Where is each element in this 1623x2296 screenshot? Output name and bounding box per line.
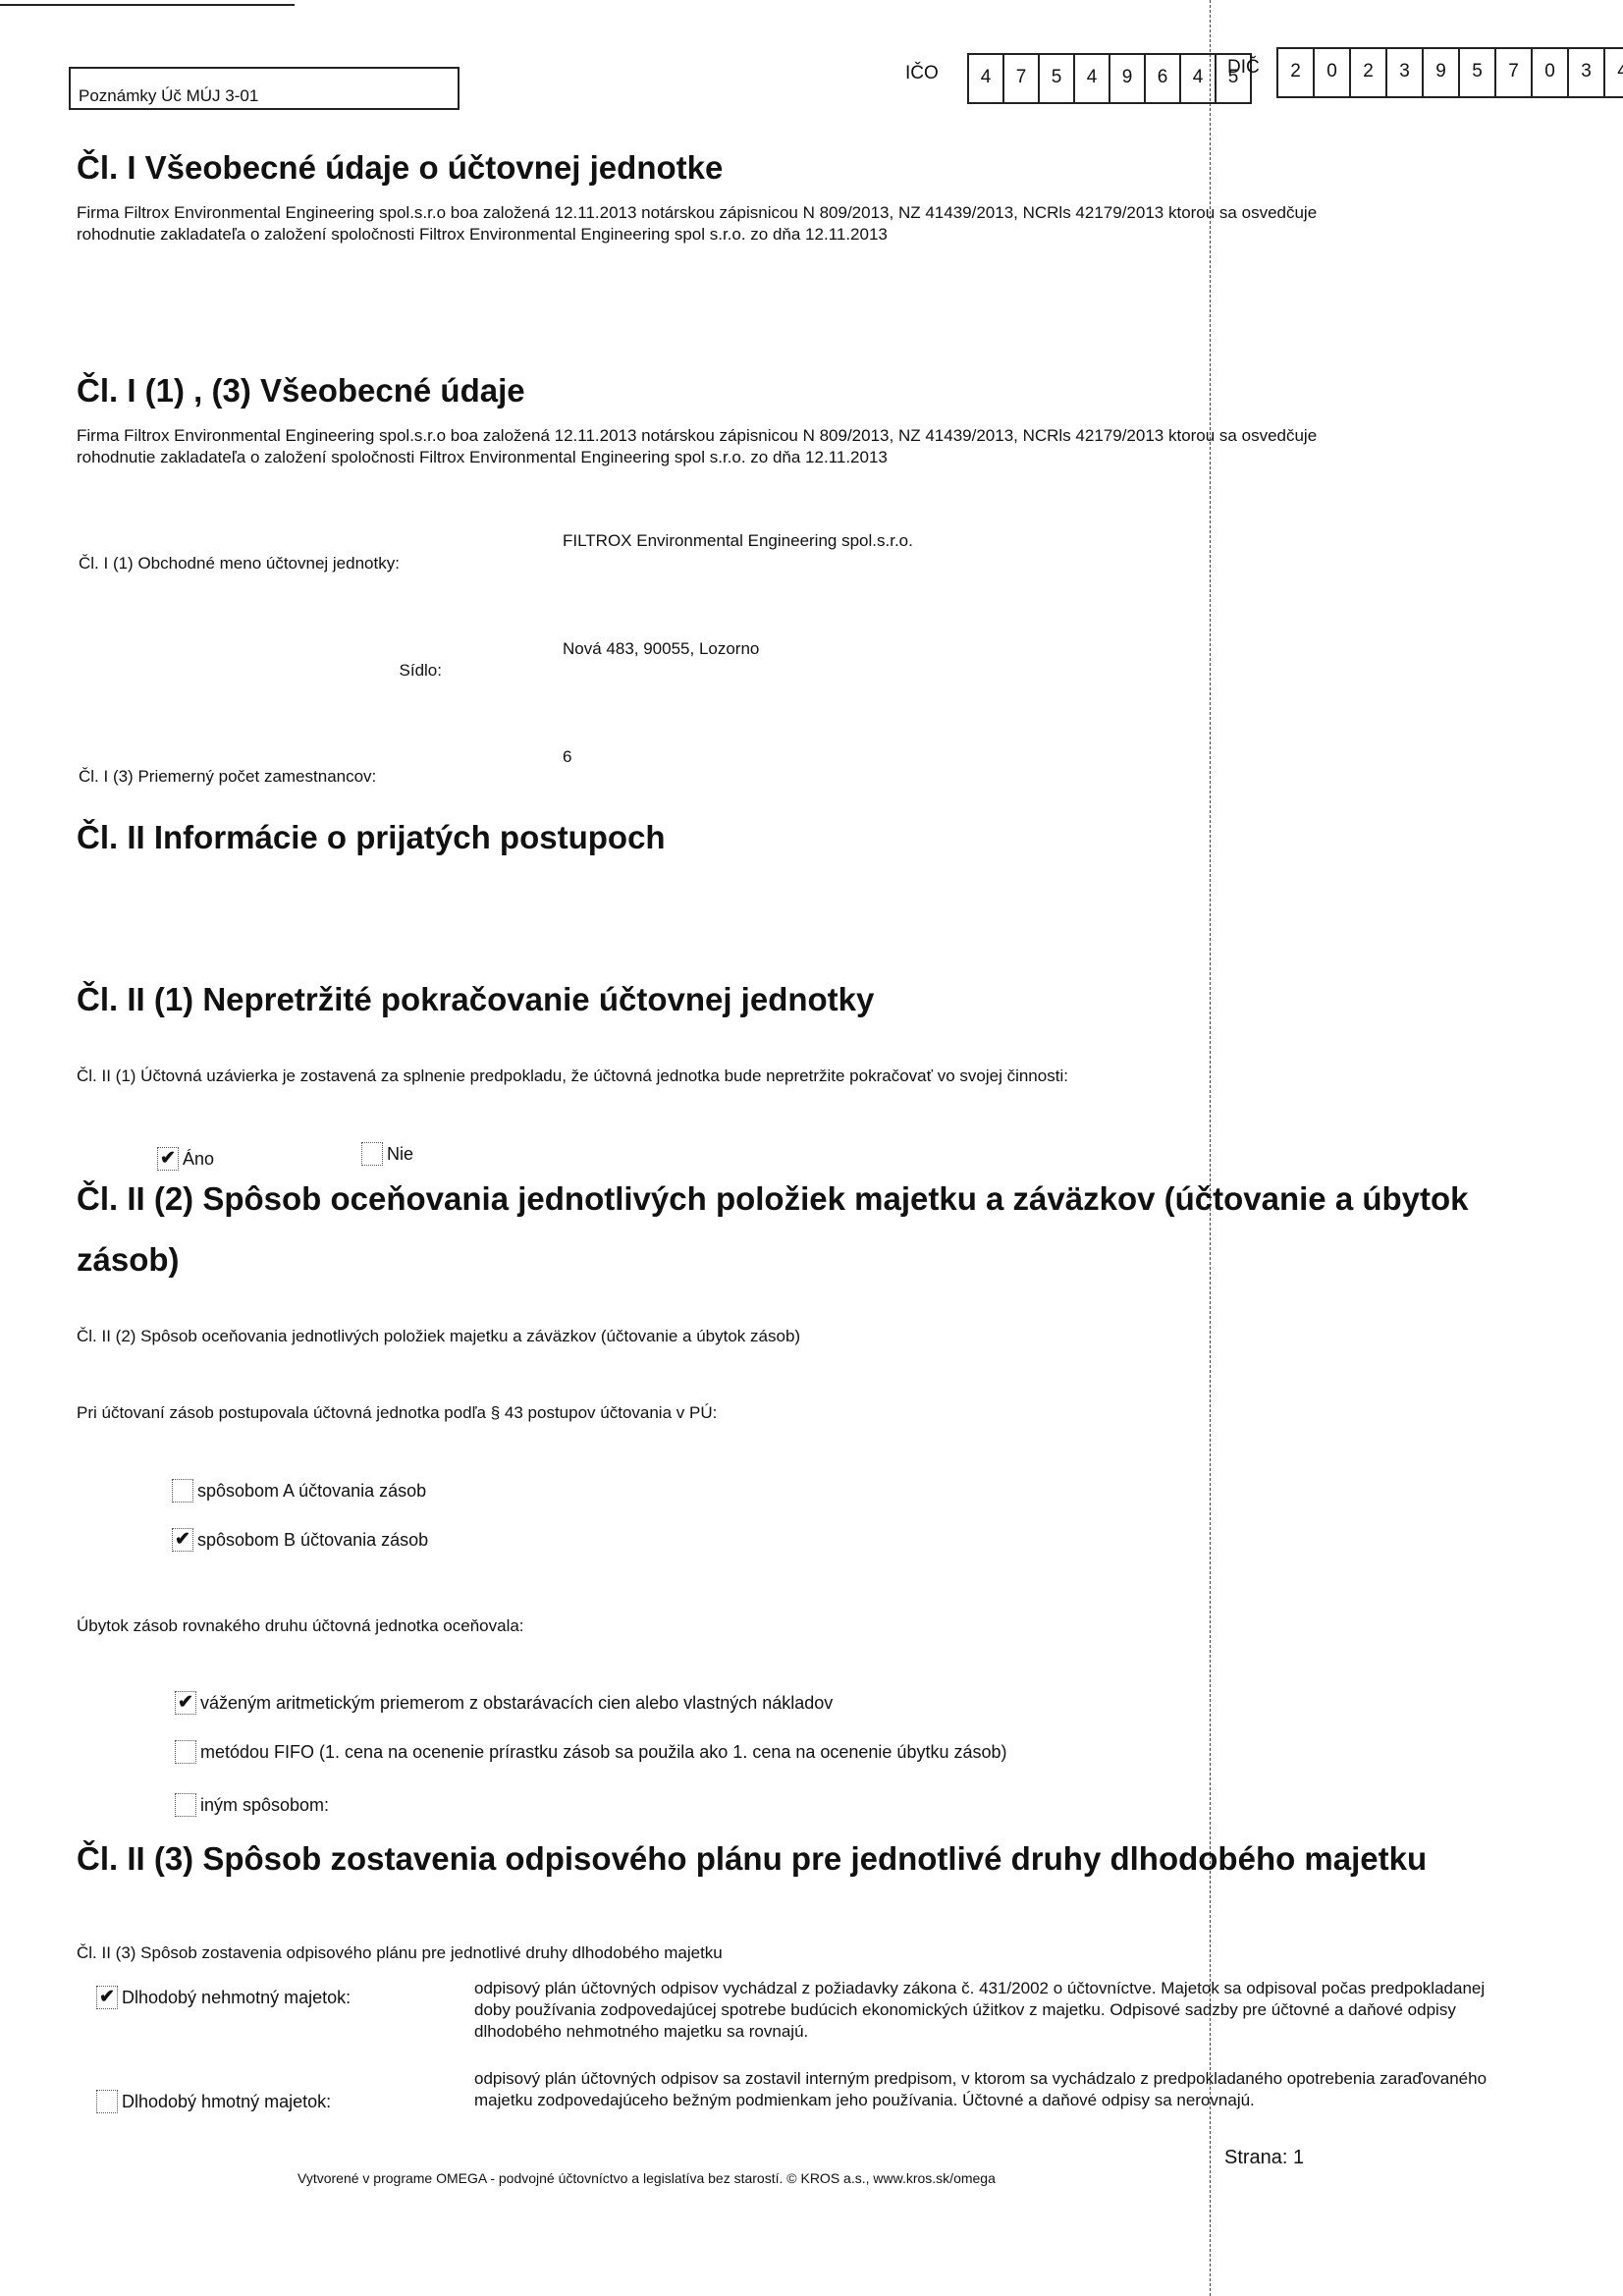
- checkbox-fifo[interactable]: [175, 1740, 196, 1764]
- ico-digit: 9: [1110, 55, 1146, 102]
- section-2-3-subtitle: Čl. II (3) Spôsob zostavenia odpisového …: [77, 1942, 723, 1964]
- option-nie-label: Nie: [387, 1144, 413, 1165]
- dic-digit: 2: [1278, 49, 1315, 96]
- decrease-option-fifo[interactable]: metódou FIFO (1. cena na ocenenie príras…: [175, 1740, 1007, 1764]
- section-2-2-subtitle: Čl. II (2) Spôsob oceňovania jednotlivýc…: [77, 1326, 800, 1347]
- ico-label: IČO: [905, 63, 939, 84]
- section-2-2-title-line-2: zásob): [77, 1237, 180, 1283]
- footer-credit: Vytvorené v programe OMEGA - podvojné úč…: [298, 2170, 996, 2186]
- section-2-2-title-line-1: Čl. II (2) Spôsob oceňovania jednotlivýc…: [77, 1176, 1469, 1222]
- section-1-text-2: rohodnutie zakladateľa o založení spoloč…: [77, 224, 888, 246]
- company-name-label: Čl. I (1) Obchodné meno účtovnej jednotk…: [79, 553, 400, 574]
- tangible-text: odpisový plán účtovných odpisov sa zosta…: [474, 2068, 1505, 2111]
- ico-field: 47549645: [967, 53, 1252, 104]
- ico-digit: 5: [1040, 55, 1075, 102]
- tangible-label: Dlhodobý hmotný majetok:: [122, 2092, 331, 2112]
- decrease-option-weighted-label: váženým aritmetickým priemerom z obstará…: [200, 1693, 833, 1714]
- continuity-question: Čl. II (1) Účtovná uzávierka je zostaven…: [77, 1066, 1068, 1087]
- decrease-question: Úbytok zásob rovnakého druhu účtovná jed…: [77, 1615, 524, 1637]
- checkbox-weighted-average[interactable]: ✔: [175, 1691, 196, 1715]
- decrease-option-weighted[interactable]: ✔ váženým aritmetickým priemerom z obsta…: [175, 1691, 833, 1715]
- section-2-1-title: Čl. II (1) Nepretržité pokračovanie účto…: [77, 977, 874, 1022]
- ico-digit: 4: [1181, 55, 1217, 102]
- dic-digit: 5: [1460, 49, 1496, 96]
- employees-value: 6: [563, 746, 571, 768]
- dic-field: 2023957034: [1276, 47, 1623, 98]
- decrease-option-fifo-label: metódou FIFO (1. cena na ocenenie príras…: [200, 1742, 1007, 1763]
- section-1b-text-2: rohodnutie zakladateľa o založení spoloč…: [77, 447, 888, 468]
- checkbox-nie[interactable]: [361, 1142, 383, 1166]
- company-name-value: FILTROX Environmental Engineering spol.s…: [563, 530, 913, 552]
- seat-label: Sídlo:: [295, 660, 442, 682]
- ico-digit: 4: [969, 55, 1004, 102]
- section-1-title: Čl. I Všeobecné údaje o účtovnej jednotk…: [77, 145, 723, 191]
- inventory-question: Pri účtovaní zásob postupovala účtovná j…: [77, 1402, 717, 1424]
- section-1b-text-1: Firma Filtrox Environmental Engineering …: [77, 425, 1317, 447]
- inventory-option-b-label: spôsobom B účtovania zásob: [197, 1530, 428, 1551]
- option-nie[interactable]: Nie: [361, 1142, 413, 1166]
- inventory-option-a[interactable]: spôsobom A účtovania zásob: [172, 1479, 426, 1503]
- section-1-text-1: Firma Filtrox Environmental Engineering …: [77, 202, 1317, 224]
- dic-digit: 3: [1387, 49, 1424, 96]
- seat-value: Nová 483, 90055, Lozorno: [563, 638, 759, 660]
- option-ano-label: Áno: [183, 1149, 214, 1170]
- dic-digit: 7: [1496, 49, 1533, 96]
- page-number: Strana: 1: [1224, 2147, 1304, 2169]
- employees-label: Čl. I (3) Priemerný počet zamestnancov:: [79, 766, 376, 788]
- option-ano[interactable]: ✔ Áno: [157, 1147, 214, 1171]
- inventory-option-b[interactable]: ✔ spôsobom B účtovania zásob: [172, 1528, 428, 1552]
- tangible-asset-option[interactable]: Dlhodobý hmotný majetok:: [96, 2090, 331, 2113]
- inventory-option-a-label: spôsobom A účtovania zásob: [197, 1481, 426, 1502]
- decrease-option-other-label: iným spôsobom:: [200, 1795, 329, 1816]
- section-1b-title: Čl. I (1) , (3) Všeobecné údaje: [77, 368, 525, 413]
- dic-digit: 0: [1315, 49, 1351, 96]
- checkbox-inventory-b[interactable]: ✔: [172, 1528, 193, 1552]
- checkbox-tangible[interactable]: [96, 2090, 118, 2113]
- intangible-text: odpisový plán účtovných odpisov vychádza…: [474, 1978, 1525, 2043]
- dic-digit: 4: [1605, 49, 1623, 96]
- form-title-box: Poznámky Úč MÚJ 3-01: [69, 67, 460, 110]
- checkbox-ano[interactable]: ✔: [157, 1147, 179, 1171]
- dic-digit: 3: [1569, 49, 1605, 96]
- checkbox-intangible[interactable]: ✔: [96, 1986, 118, 2009]
- dic-label: DIČ: [1227, 57, 1260, 79]
- intangible-label: Dlhodobý nehmotný majetok:: [122, 1988, 351, 2008]
- dic-digit: 9: [1424, 49, 1460, 96]
- decrease-option-other[interactable]: iným spôsobom:: [175, 1793, 329, 1817]
- section-2-3-title: Čl. II (3) Spôsob zostavenia odpisového …: [77, 1836, 1427, 1882]
- intangible-asset-option[interactable]: ✔ Dlhodobý nehmotný majetok:: [96, 1986, 351, 2009]
- section-2-title: Čl. II Informácie o prijatých postupoch: [77, 815, 666, 860]
- checkbox-inventory-a[interactable]: [172, 1479, 193, 1503]
- dic-digit: 0: [1533, 49, 1569, 96]
- fold-line: [1210, 0, 1211, 2296]
- dic-digit: 2: [1351, 49, 1387, 96]
- checkbox-other[interactable]: [175, 1793, 196, 1817]
- ico-digit: 7: [1004, 55, 1040, 102]
- top-rule: [0, 4, 295, 6]
- ico-digit: 4: [1075, 55, 1110, 102]
- ico-digit: 6: [1146, 55, 1181, 102]
